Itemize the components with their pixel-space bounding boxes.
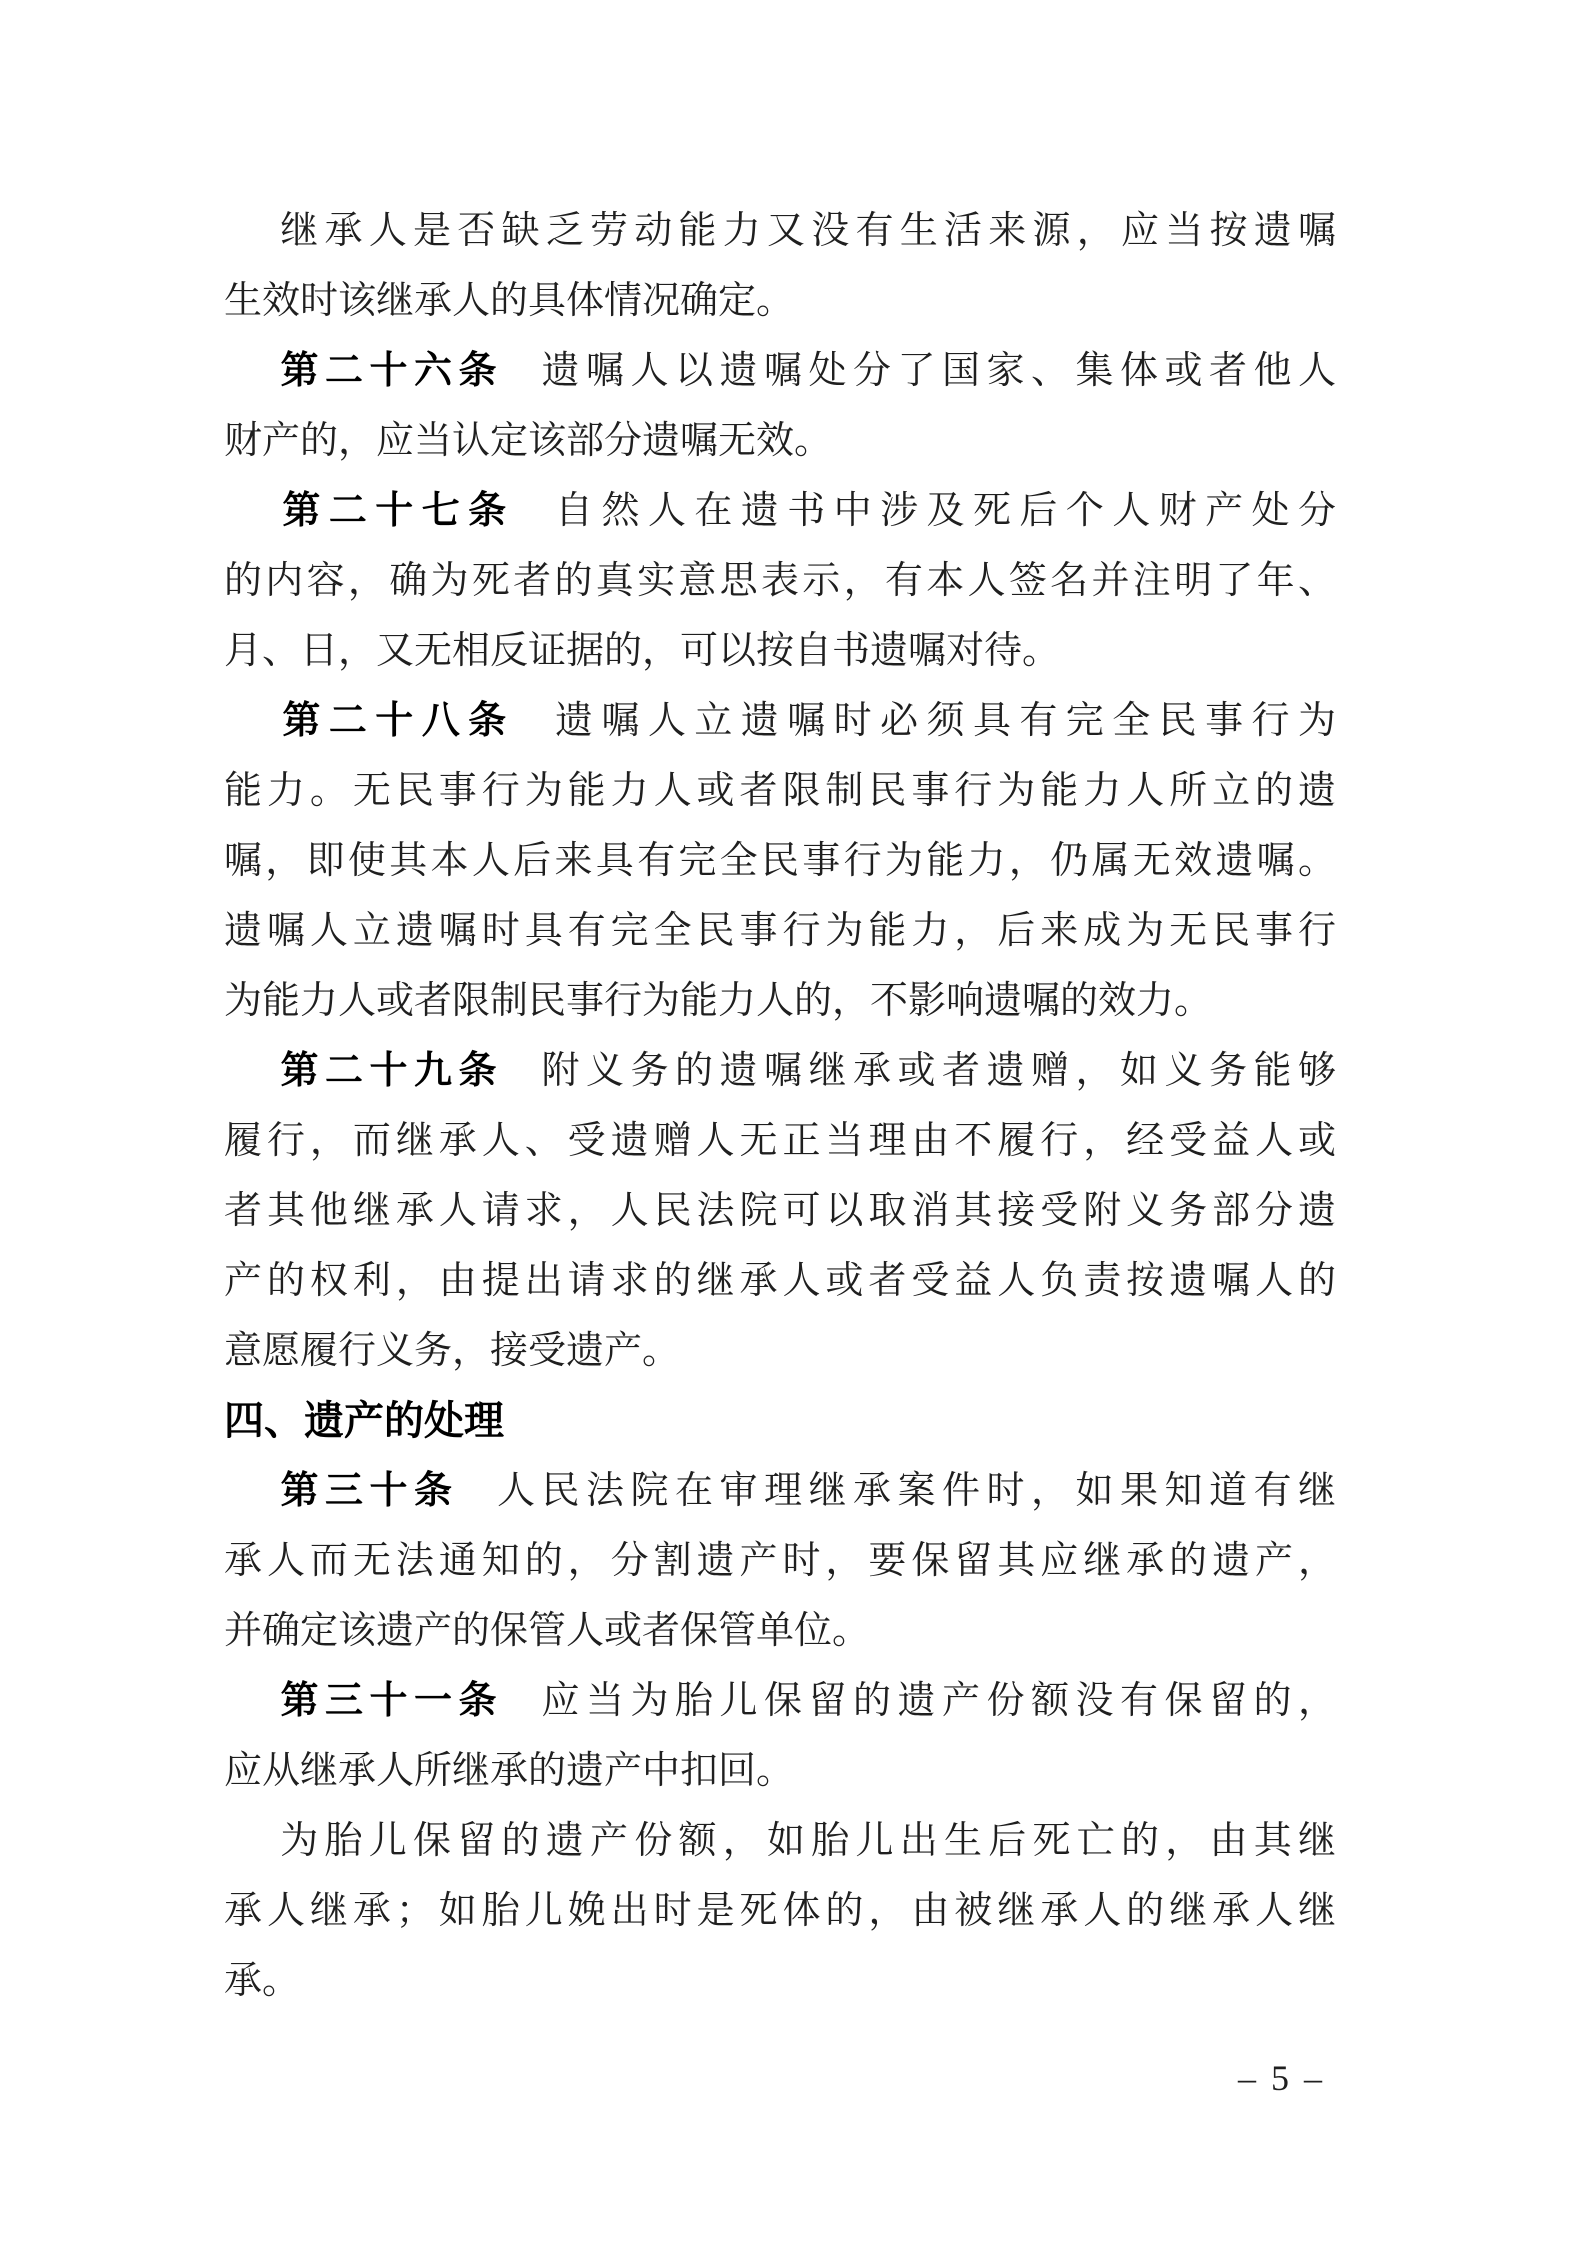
text-line: 第三十条人民法院在审理继承案件时，如果知道有继 (224, 1456, 1336, 1526)
text-line: 第二十八条遗嘱人立遗嘱时必须具有完全民事行为 (224, 686, 1336, 756)
article-number: 第二十八条 (274, 700, 515, 742)
text-line: 能力。无民事行为能力人或者限制民事行为能力人所立的遗 (224, 756, 1336, 826)
article-number: 第二十七条 (274, 490, 515, 532)
text-line: 嘱，即使其本人后来具有完全民事行为能力，仍属无效遗嘱。 (224, 826, 1336, 896)
text-line: 承人而无法通知的，分割遗产时，要保留其应继承的遗产， (224, 1526, 1336, 1596)
text-line: 第二十九条附义务的遗嘱继承或者遗赠，如义务能够 (224, 1036, 1336, 1106)
text-line: 财产的，应当认定该部分遗嘱无效。 (224, 406, 1336, 476)
text-line: 承。 (224, 1946, 1336, 2016)
text-line: 的内容，确为死者的真实意思表示，有本人签名并注明了年、 (224, 546, 1336, 616)
article-number: 第三十条 (274, 1470, 459, 1512)
article-number: 第三十一条 (274, 1680, 503, 1722)
text-line: 月、日，又无相反证据的，可以按自书遗嘱对待。 (224, 616, 1336, 686)
section-heading: 四、遗产的处理 (224, 1386, 1336, 1456)
text-line: 履行，而继承人、受遗赠人无正当理由不履行，经受益人或 (224, 1106, 1336, 1176)
document-body: 继承人是否缺乏劳动能力又没有生活来源，应当按遗嘱生效时该继承人的具体情况确定。第… (224, 196, 1336, 2016)
text-line: 生效时该继承人的具体情况确定。 (224, 266, 1336, 336)
text-line: 意愿履行义务，接受遗产。 (224, 1316, 1336, 1386)
text-line: 承人继承；如胎儿娩出时是死体的，由被继承人的继承人继 (224, 1876, 1336, 1946)
text-line: 应从继承人所继承的遗产中扣回。 (224, 1736, 1336, 1806)
text-line: 产的权利，由提出请求的继承人或者受益人负责按遗嘱人的 (224, 1246, 1336, 1316)
text-line: 遗嘱人立遗嘱时具有完全民事行为能力，后来成为无民事行 (224, 896, 1336, 966)
article-number: 第二十六条 (274, 350, 503, 392)
text-line: 为能力人或者限制民事行为能力人的，不影响遗嘱的效力。 (224, 966, 1336, 1036)
text-line: 继承人是否缺乏劳动能力又没有生活来源，应当按遗嘱 (224, 196, 1336, 266)
text-line: 并确定该遗产的保管人或者保管单位。 (224, 1596, 1336, 1666)
text-line: 第二十七条自然人在遗书中涉及死后个人财产处分 (224, 476, 1336, 546)
article-number: 第二十九条 (274, 1050, 503, 1092)
document-page: 继承人是否缺乏劳动能力又没有生活来源，应当按遗嘱生效时该继承人的具体情况确定。第… (0, 0, 1587, 2245)
text-line: 第二十六条遗嘱人以遗嘱处分了国家、集体或者他人 (224, 336, 1336, 406)
text-line: 者其他继承人请求，人民法院可以取消其接受附义务部分遗 (224, 1176, 1336, 1246)
page-number: – 5 – (1238, 2056, 1325, 2100)
text-line: 为胎儿保留的遗产份额，如胎儿出生后死亡的，由其继 (224, 1806, 1336, 1876)
text-line: 第三十一条应当为胎儿保留的遗产份额没有保留的， (224, 1666, 1336, 1736)
